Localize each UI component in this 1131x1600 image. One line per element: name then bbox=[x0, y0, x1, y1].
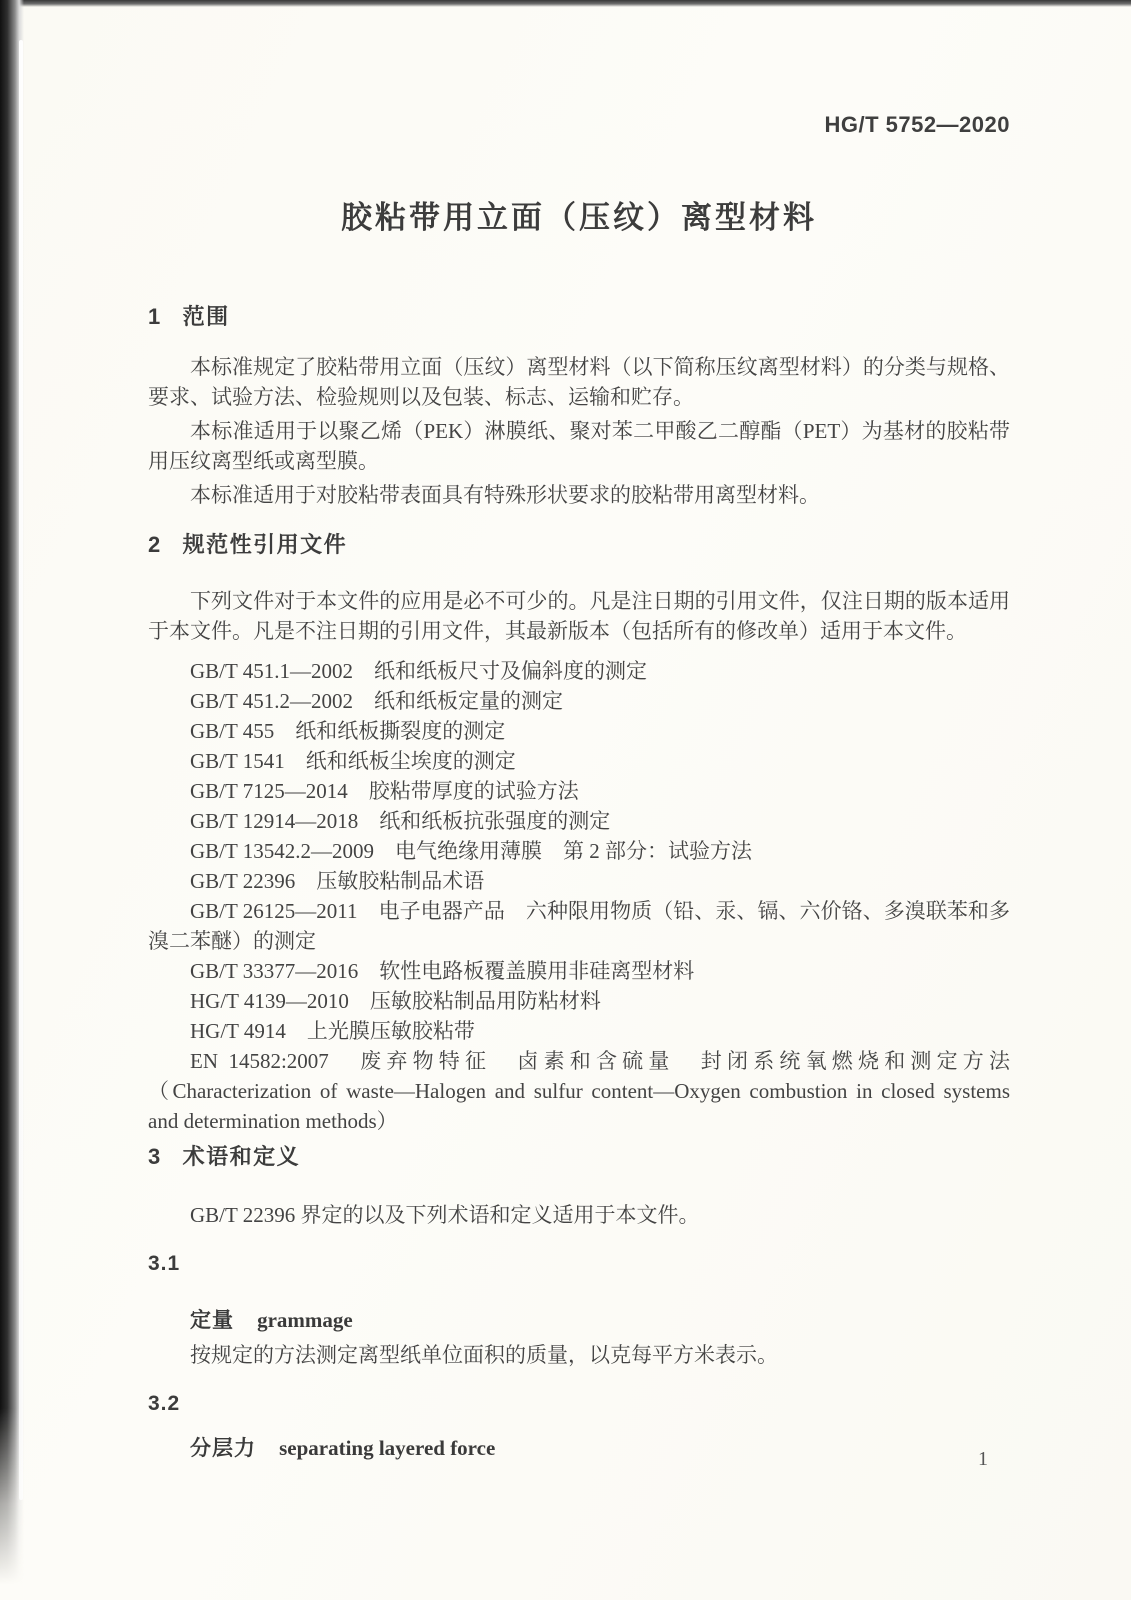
scope-paragraph: 本标准适用于对胶粘带表面具有特殊形状要求的胶粘带用离型材料。 bbox=[148, 480, 1010, 510]
reference-item: GB/T 455 纸和纸板撕裂度的测定 bbox=[148, 716, 1010, 746]
section-1-title: 范围 bbox=[183, 304, 230, 329]
scope-paragraph: 本标准适用于以聚乙烯（PEK）淋膜纸、聚对苯二甲酸乙二醇酯（PET）为基材的胶粘… bbox=[148, 416, 1010, 476]
section-1-number: 1 bbox=[148, 304, 162, 330]
term-3-1-english: grammage bbox=[257, 1308, 353, 1332]
reference-item: EN 14582:2007 废弃物特征 卤素和含硫量 封闭系统氧燃烧和测定方法（… bbox=[148, 1046, 1010, 1136]
standard-code: HG/T 5752—2020 bbox=[148, 112, 1010, 138]
reference-item: GB/T 1541 纸和纸板尘埃度的测定 bbox=[148, 746, 1010, 776]
reference-item: GB/T 26125—2011 电子电器产品 六种限用物质（铅、汞、镉、六价铬、… bbox=[148, 896, 1010, 956]
reference-item: GB/T 451.2—2002 纸和纸板定量的测定 bbox=[148, 686, 1010, 716]
reference-item: GB/T 33377—2016 软性电路板覆盖膜用非硅离型材料 bbox=[148, 956, 1010, 986]
scan-left-highlight-streak bbox=[19, 40, 23, 1500]
references-intro: 下列文件对于本文件的应用是必不可少的。凡是注日期的引用文件，仅注日期的版本适用于… bbox=[148, 586, 1010, 646]
reference-item: HG/T 4914 上光膜压敏胶粘带 bbox=[148, 1016, 1010, 1046]
reference-item: GB/T 22396 压敏胶粘制品术语 bbox=[148, 866, 1010, 896]
section-3-title: 术语和定义 bbox=[183, 1144, 301, 1169]
reference-item: GB/T 7125—2014 胶粘带厚度的试验方法 bbox=[148, 776, 1010, 806]
clause-3-2-number: 3.2 bbox=[148, 1392, 1010, 1416]
reference-item: GB/T 13542.2—2009 电气绝缘用薄膜 第 2 部分：试验方法 bbox=[148, 836, 1010, 866]
section-2-number: 2 bbox=[148, 532, 162, 558]
page-number: 1 bbox=[148, 1448, 1010, 1471]
reference-item: GB/T 12914—2018 纸和纸板抗张强度的测定 bbox=[148, 806, 1010, 836]
section-2-heading: 2规范性引用文件 bbox=[148, 528, 1010, 559]
references-list: GB/T 451.1—2002 纸和纸板尺寸及偏斜度的测定 GB/T 451.2… bbox=[148, 656, 1010, 1136]
scanned-document-page: HG/T 5752—2020 胶粘带用立面（压纹）离型材料 1范围 本标准规定了… bbox=[0, 0, 1131, 1600]
reference-item: HG/T 4139—2010 压敏胶粘制品用防粘材料 bbox=[148, 986, 1010, 1016]
term-3-1: 定量grammage bbox=[148, 1306, 1010, 1335]
scope-paragraphs: 本标准规定了胶粘带用立面（压纹）离型材料（以下简称压纹离型材料）的分类与规格、要… bbox=[148, 352, 1010, 514]
section-3-heading: 3术语和定义 bbox=[148, 1140, 1010, 1171]
document-title: 胶粘带用立面（压纹）离型材料 bbox=[148, 192, 1010, 237]
section-2-title: 规范性引用文件 bbox=[183, 532, 348, 557]
term-3-1-definition: 按规定的方法测定离型纸单位面积的质量，以克每平方米表示。 bbox=[148, 1340, 1010, 1370]
terms-intro: GB/T 22396 界定的以及下列术语和定义适用于本文件。 bbox=[148, 1200, 1010, 1230]
section-3-number: 3 bbox=[148, 1144, 162, 1170]
reference-item: GB/T 451.1—2002 纸和纸板尺寸及偏斜度的测定 bbox=[148, 656, 1010, 686]
scope-paragraph: 本标准规定了胶粘带用立面（压纹）离型材料（以下简称压纹离型材料）的分类与规格、要… bbox=[148, 352, 1010, 412]
page-content: HG/T 5752—2020 胶粘带用立面（压纹）离型材料 1范围 本标准规定了… bbox=[148, 0, 1010, 1600]
term-3-1-chinese: 定量 bbox=[190, 1309, 234, 1332]
section-1-heading: 1范围 bbox=[148, 300, 1010, 331]
clause-3-1-number: 3.1 bbox=[148, 1252, 1010, 1276]
